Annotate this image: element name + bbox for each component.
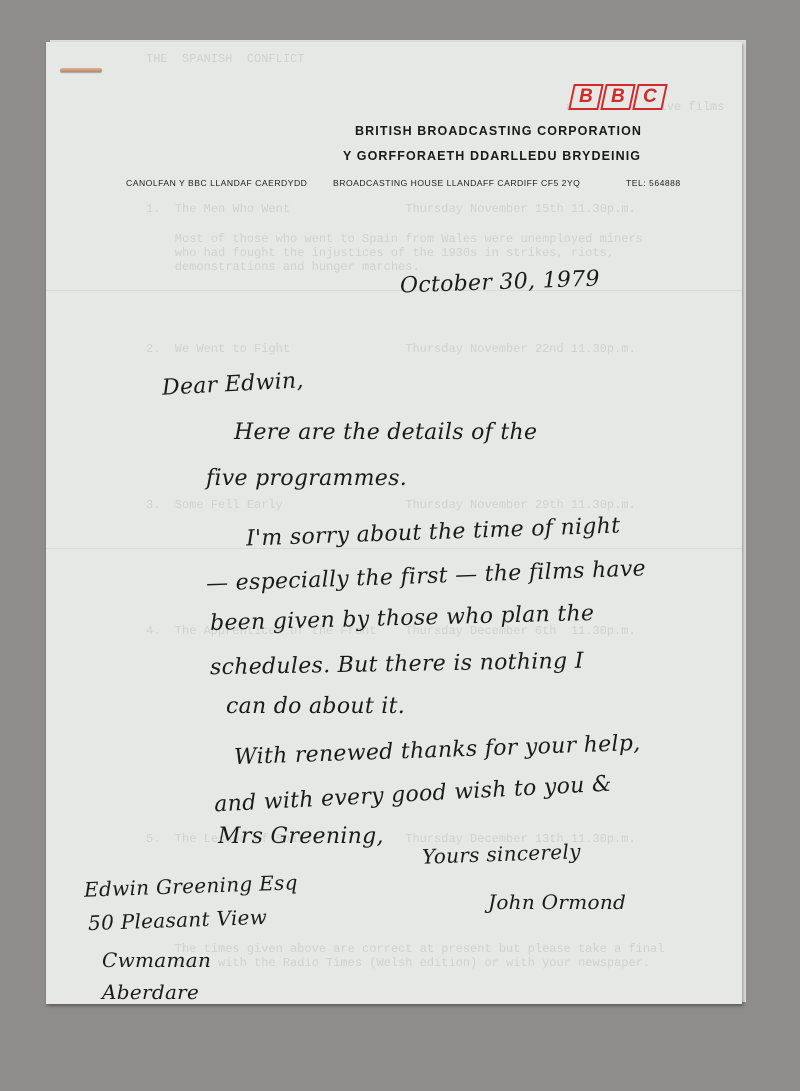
- body-line: five programmes.: [206, 466, 407, 491]
- body-line: Mrs Greening,: [218, 824, 384, 849]
- corporation-name-welsh: Y GORFFORAETH DDARLLEDU BRYDEINIG: [343, 149, 641, 163]
- body-line: can do about it.: [226, 694, 405, 719]
- body-line: schedules. But there is nothing I: [210, 649, 584, 681]
- recipient-line: Edwin Greening Esq: [84, 870, 298, 901]
- bbc-logo: B B C: [571, 84, 665, 110]
- body-line: — especially the first — the films have: [206, 556, 647, 596]
- recipient-line: Cwmaman: [102, 948, 211, 972]
- telephone-number: TEL: 564888: [626, 178, 681, 188]
- recipient-line: Aberdare: [102, 980, 199, 1004]
- closing: Yours sincerely: [422, 839, 581, 869]
- corporation-name-english: BRITISH BROADCASTING CORPORATION: [355, 124, 642, 138]
- body-line: Here are the details of the: [234, 420, 537, 445]
- logo-letter: B: [611, 86, 625, 108]
- address-english: BROADCASTING HOUSE LLANDAFF CARDIFF CF5 …: [333, 178, 580, 188]
- body-line: I'm sorry about the time of night: [246, 513, 621, 551]
- salutation: Dear Edwin,: [161, 368, 304, 400]
- logo-letter: B: [579, 86, 593, 108]
- logo-letter: C: [643, 86, 657, 108]
- body-line: and with every good wish to you &: [214, 772, 613, 818]
- recipient-line: 50 Pleasant View: [88, 905, 268, 935]
- body-line: With renewed thanks for your help,: [234, 731, 641, 770]
- fold-line: [46, 290, 742, 291]
- signature: John Ormond: [488, 890, 626, 914]
- show-through-text: The times given above are correct at pre…: [146, 942, 664, 970]
- letter-page: THE SPANISH CONFLICT a series of five fi…: [46, 42, 742, 1004]
- address-welsh: CANOLFAN Y BBC LLANDAF CAERDYDD: [126, 178, 307, 188]
- show-through-text: THE SPANISH CONFLICT: [146, 52, 304, 66]
- staple-icon: [60, 68, 102, 72]
- show-through-text: 3. Some Fell Early Thursday November 29t…: [146, 498, 636, 512]
- fold-line: [46, 548, 742, 549]
- show-through-text: 1. The Men Who Went Thursday November 15…: [146, 202, 636, 216]
- show-through-text: 2. We Went to Fight Thursday November 22…: [146, 342, 636, 356]
